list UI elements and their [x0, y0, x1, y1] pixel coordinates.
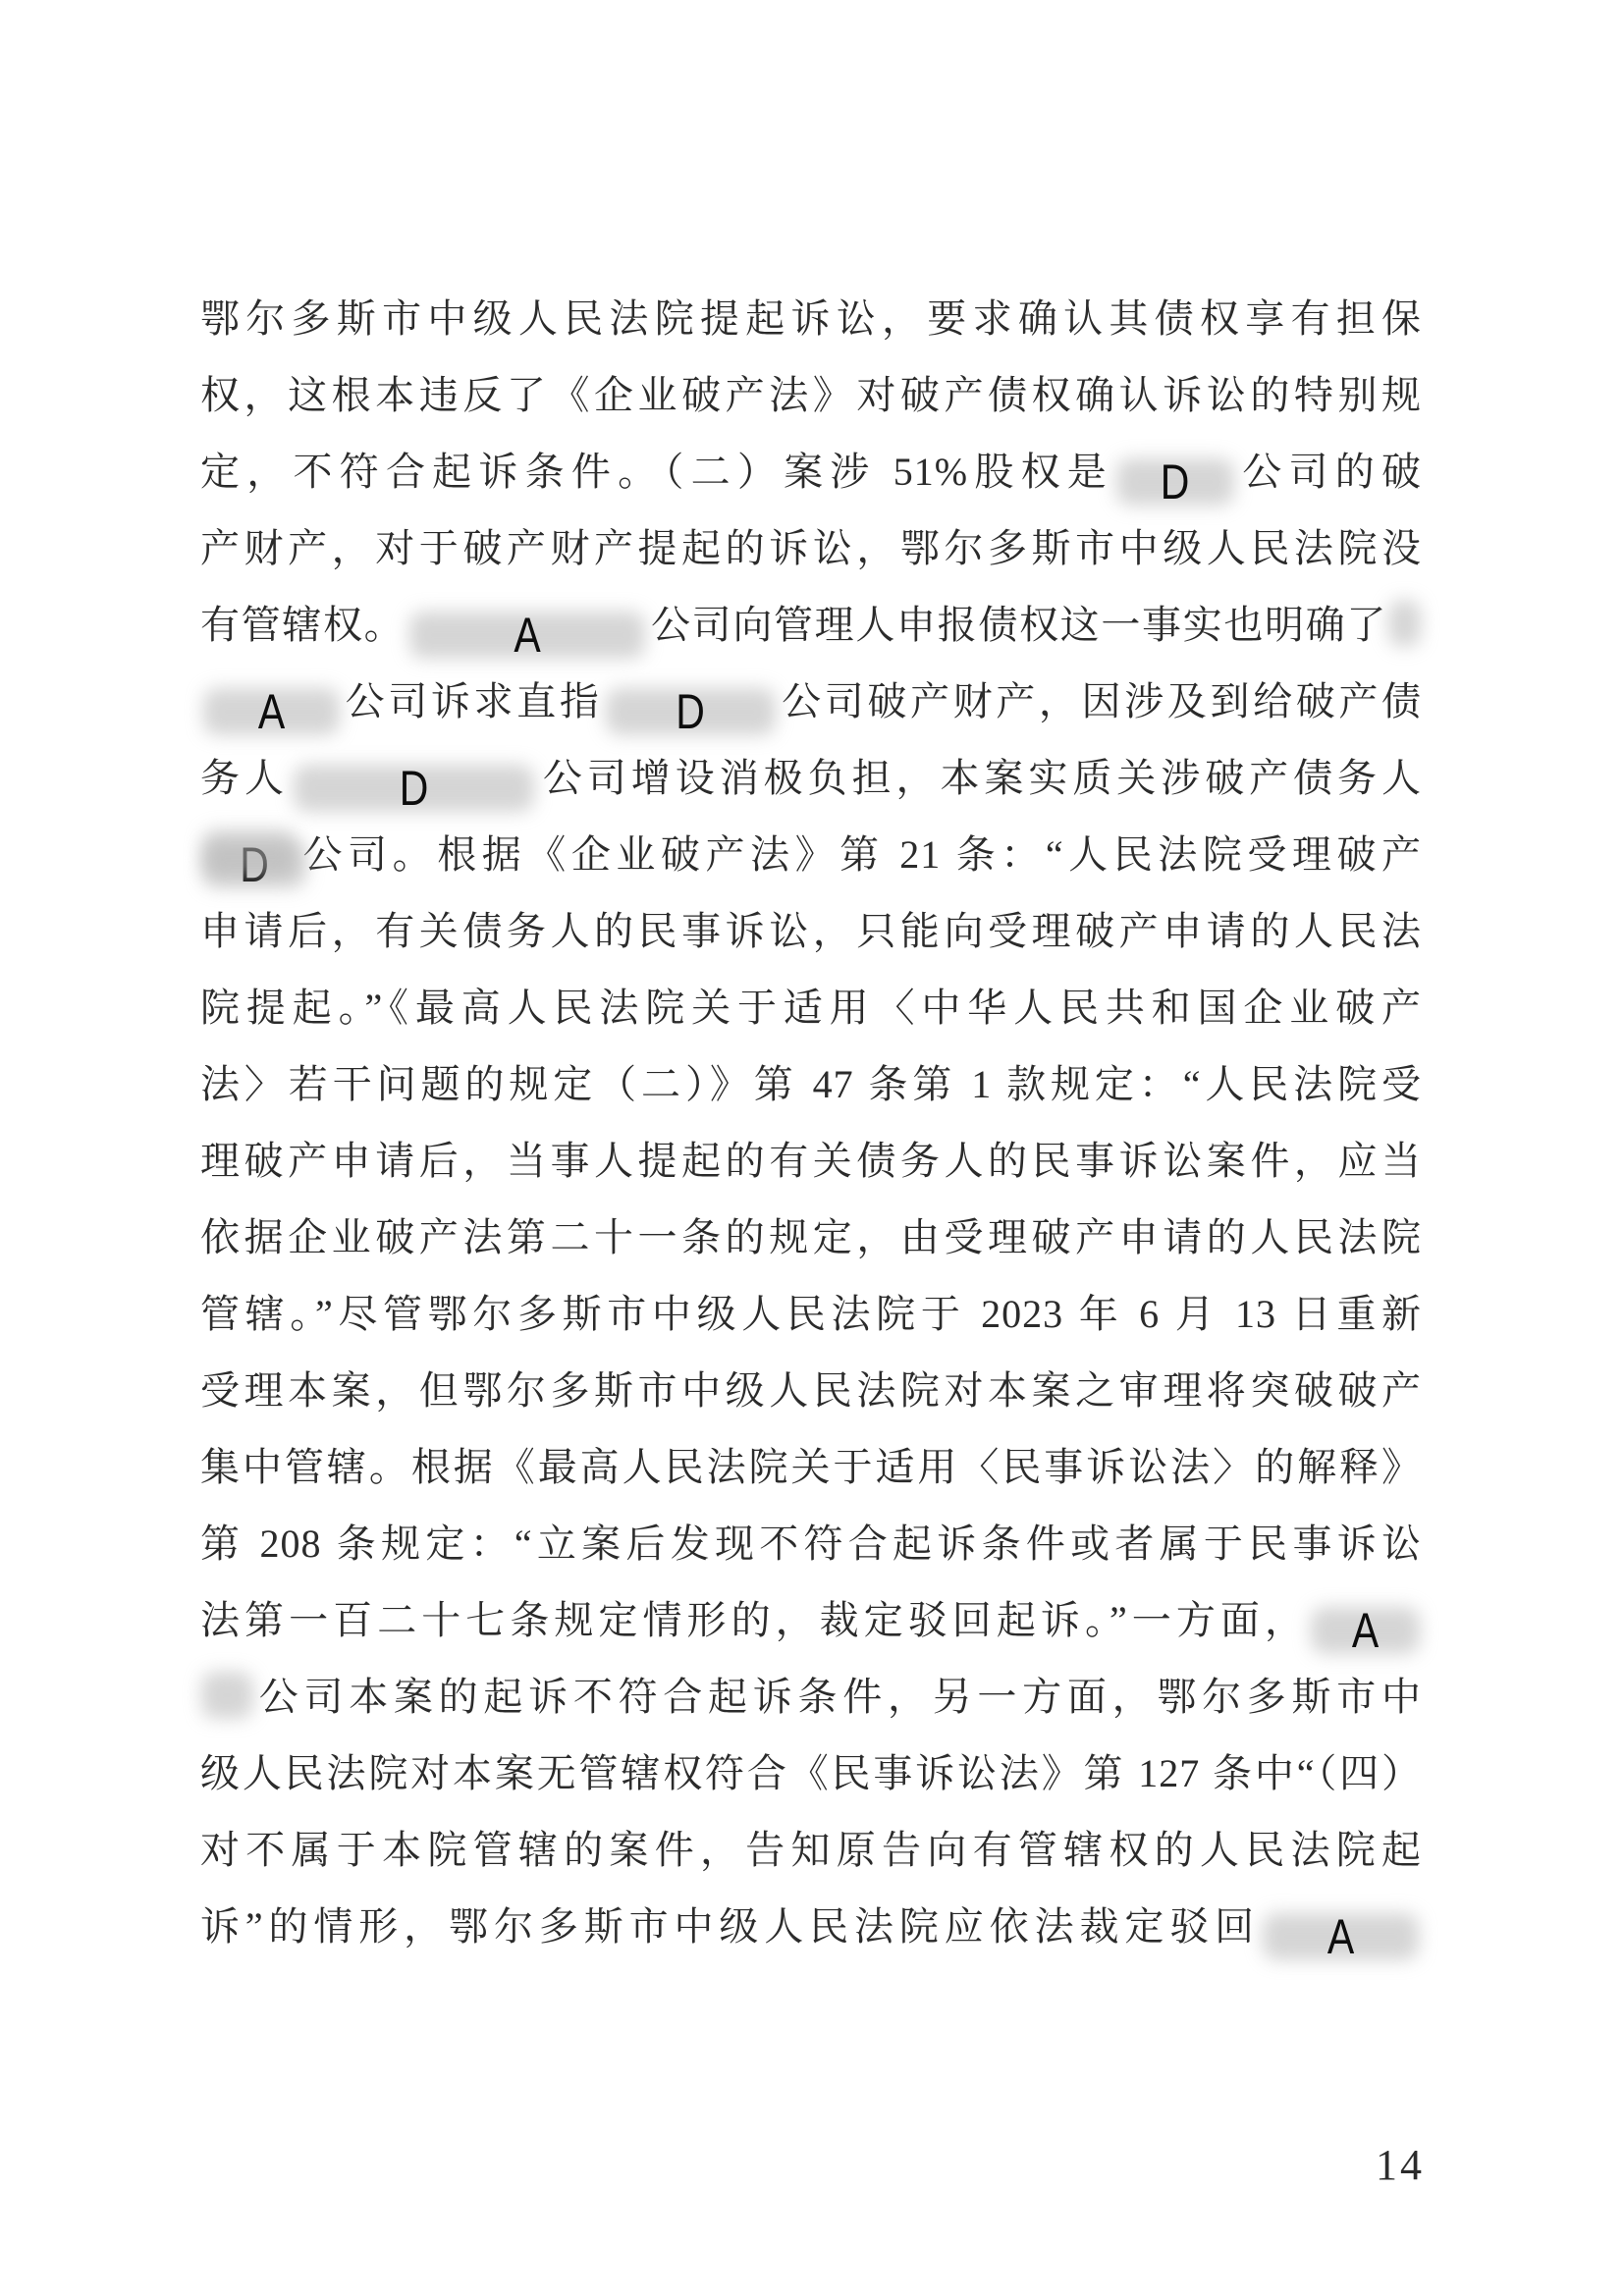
document-line: 理破产申请后，当事人提起的有关债务人的民事诉讼案件，应当 — [200, 1123, 1422, 1200]
redaction-blur — [200, 1667, 254, 1724]
text-segment: 申请后，有关债务人的民事诉讼，只能向受理破产申请的人民法 — [200, 909, 1422, 953]
document-line: 级人民法院对本案无管辖权符合《民事诉讼法》第 127 条中“（四） — [200, 1735, 1422, 1812]
document-line: 定，不符合起诉条件。（二）案涉 51%股权是D公司的破 — [200, 434, 1422, 510]
redaction-label: D — [619, 683, 764, 740]
document-line: 务人D公司增设消极负担，本案实质关涉破产债务人D — [200, 740, 1422, 817]
document-line: A公司诉求直指D公司破产财产，因涉及到给破产债 — [200, 664, 1422, 740]
redaction-blur: A — [200, 683, 343, 740]
text-segment: 院提起。”《最高人民法院关于适用〈中华人民共和国企业破产 — [200, 986, 1422, 1030]
document-line: 诉”的情形，鄂尔多斯市中级人民法院应依法裁定驳回A — [200, 1889, 1422, 1965]
document-line: 产财产，对于破产财产提起的诉讼，鄂尔多斯市中级人民法院没 — [200, 510, 1422, 587]
redaction-blur: A — [1260, 1908, 1422, 1965]
document-line: 法第一百二十七条规定情形的，裁定驳回起诉。”一方面，A — [200, 1582, 1422, 1659]
text-segment: 级人民法院对本案无管辖权符合《民事诉讼法》第 127 条中“（四） — [200, 1751, 1422, 1795]
redaction-blur — [200, 825, 298, 881]
text-segment: 法〉若干问题的规定（二）》第 47 条第 1 款规定：“人民法院受 — [200, 1062, 1422, 1106]
redaction-blur: D — [289, 760, 539, 817]
redaction-blur: D — [1113, 454, 1236, 510]
text-segment: 鄂尔多斯市中级人民法院提起诉讼，要求确认其债权享有担保 — [200, 296, 1422, 341]
text-segment: 公司破产财产，因涉及到给破产债 — [779, 679, 1422, 723]
redaction-label: D — [1124, 454, 1225, 510]
text-segment: 公司。根据《企业破产法》第 21 条：“人民法院受理破产 — [298, 832, 1422, 877]
text-segment: 公司向管理人申报债权这一事实也明确了 — [650, 603, 1387, 647]
text-segment: 权，这根本违反了《企业破产法》对破产债权确认诉讼的特别规 — [200, 373, 1422, 417]
text-segment: 集中管辖。根据《最高人民法院关于适用〈民事诉讼法〉的解释》 — [200, 1445, 1422, 1489]
redaction-label: A — [1319, 1602, 1411, 1659]
text-segment: 理破产申请后，当事人提起的有关债务人的民事诉讼案件，应当 — [200, 1139, 1422, 1183]
redaction-blur — [1387, 595, 1422, 652]
page-number: 14 — [1371, 2140, 1430, 2190]
document-line: 法〉若干问题的规定（二）》第 47 条第 1 款规定：“人民法院受 — [200, 1046, 1422, 1123]
text-segment: 公司增设消极负担，本案实质关涉破产债务人 — [539, 756, 1422, 800]
text-segment: 公司的破 — [1236, 450, 1422, 494]
document-line: 申请后，有关债务人的民事诉讼，只能向受理破产申请的人民法 — [200, 893, 1422, 970]
document-line: 鄂尔多斯市中级人民法院提起诉讼，要求确认其债权享有担保 — [200, 281, 1422, 357]
text-segment: 依据企业破产法第二十一条的规定，由受理破产申请的人民法院 — [200, 1215, 1422, 1259]
document-line: 第 208 条规定：“立案后发现不符合起诉条件或者属于民事诉讼 — [200, 1506, 1422, 1582]
document-line: 公司本案的起诉不符合起诉条件，另一方面，鄂尔多斯市中 — [200, 1659, 1422, 1735]
text-segment: 受理本案，但鄂尔多斯市中级人民法院对本案之审理将突破破产 — [200, 1368, 1422, 1413]
document-body: 鄂尔多斯市中级人民法院提起诉讼，要求确认其债权享有担保权，这根本违反了《企业破产… — [200, 281, 1422, 1965]
document-line: 管辖。”尽管鄂尔多斯市中级人民法院于 2023 年 6 月 13 日重新 — [200, 1276, 1422, 1353]
redaction-blur: A — [1309, 1602, 1422, 1659]
text-segment: 对不属于本院管辖的案件，告知原告向有管辖权的人民法院起 — [200, 1828, 1422, 1872]
text-segment: 管辖。”尽管鄂尔多斯市中级人民法院于 2023 年 6 月 13 日重新 — [200, 1292, 1422, 1336]
redaction-blur: A — [405, 607, 650, 664]
redaction-blur: D — [602, 683, 779, 740]
document-line: 权，这根本违反了《企业破产法》对破产债权确认诉讼的特别规 — [200, 357, 1422, 434]
document-line: 依据企业破产法第二十一条的规定，由受理破产申请的人民法院 — [200, 1200, 1422, 1276]
text-segment: 第 208 条规定：“立案后发现不符合起诉条件或者属于民事诉讼 — [200, 1522, 1422, 1566]
document-line: 集中管辖。根据《最高人民法院关于适用〈民事诉讼法〉的解释》 — [200, 1429, 1422, 1506]
text-segment: 务人 — [200, 756, 289, 800]
text-segment: 有管辖权。 — [200, 603, 405, 647]
text-segment: 公司本案的起诉不符合起诉条件，另一方面，鄂尔多斯市中 — [254, 1675, 1422, 1719]
text-segment: 定，不符合起诉条件。（二）案涉 51%股权是 — [200, 450, 1113, 494]
page-canvas: 鄂尔多斯市中级人民法院提起诉讼，要求确认其债权享有担保权，这根本违反了《企业破产… — [0, 0, 1624, 2296]
text-segment: 法第一百二十七条规定情形的，裁定驳回起诉。”一方面， — [200, 1598, 1309, 1642]
text-segment: 产财产，对于破产财产提起的诉讼，鄂尔多斯市中级人民法院没 — [200, 526, 1422, 570]
document-line: 受理本案，但鄂尔多斯市中级人民法院对本案之审理将突破破产 — [200, 1353, 1422, 1429]
text-segment: 公司诉求直指 — [343, 679, 602, 723]
document-line: 院提起。”《最高人民法院关于适用〈中华人民共和国企业破产 — [200, 970, 1422, 1046]
redaction-label: A — [427, 607, 628, 664]
document-line: 公司。根据《企业破产法》第 21 条：“人民法院受理破产 — [200, 817, 1422, 893]
document-line: 对不属于本院管辖的案件，告知原告向有管辖权的人民法院起 — [200, 1812, 1422, 1889]
document-line: 有管辖权。A公司向管理人申报债权这一事实也明确了 — [200, 587, 1422, 664]
document-page: { "document": { "page_number": "14", "in… — [0, 0, 1624, 2296]
redaction-label: A — [213, 683, 330, 740]
redaction-label: A — [1274, 1908, 1407, 1965]
text-segment: 诉”的情形，鄂尔多斯市中级人民法院应依法裁定驳回 — [200, 1904, 1260, 1949]
redaction-label: D — [311, 760, 516, 817]
